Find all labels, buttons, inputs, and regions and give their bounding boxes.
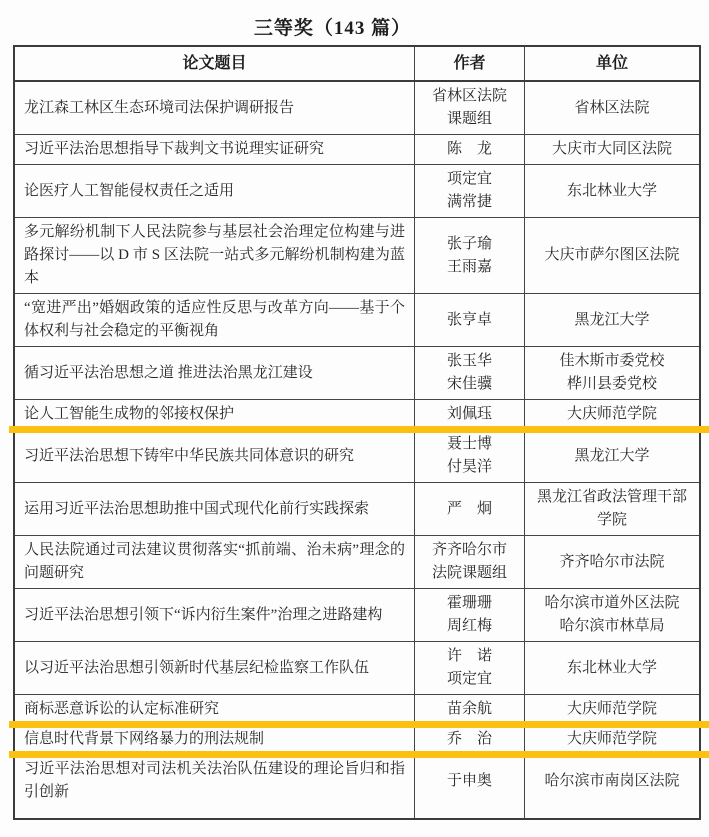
unit-cell [525, 807, 699, 818]
author-cell: 项定宜满常捷 [415, 165, 525, 217]
unit-cell: 黑龙江大学 [525, 430, 699, 482]
table-row: 人民法院通过司法建议贯彻落实“抓前端、治未病”理念的问题研究 齐齐哈尔市法院课题… [15, 536, 699, 589]
unit-cell: 东北林业大学 [525, 642, 699, 694]
paper-title-cell [15, 807, 415, 818]
author-cell: 聂士博付昊洋 [415, 430, 525, 482]
author-cell: 齐齐哈尔市法院课题组 [415, 536, 525, 588]
paper-title-cell: 信息时代背景下网络暴力的刑法规制 [15, 725, 415, 754]
unit-cell: 大庆市大同区法院 [525, 135, 699, 164]
author-cell: 陈 龙 [415, 135, 525, 164]
table-row: 循习近平法治思想之道 推进法治黑龙江建设 张玉华宋佳骥 佳木斯市委党校桦川县委党… [15, 347, 699, 400]
header-author: 作者 [415, 47, 525, 80]
author-cell: 张亨卓 [415, 294, 525, 346]
paper-title-cell: 以习近平法治思想引领新时代基层纪检监察工作队伍 [15, 642, 415, 694]
paper-title-cell: 习近平法治思想对司法机关法治队伍建设的理论旨归和指引创新 [15, 755, 415, 807]
awards-table: 论文题目 作者 单位 龙江森工林区生态环境司法保护调研报告 省林区法院课题组 省… [13, 45, 701, 820]
author-cell [415, 807, 525, 818]
table-row: “宽进严出”婚姻政策的适应性反思与改革方向——基于个体权利与社会稳定的平衡视角 … [15, 294, 699, 347]
paper-title-cell: 商标恶意诉讼的认定标准研究 [15, 695, 415, 724]
author-cell: 于申奥 [415, 755, 525, 807]
paper-title-cell: “宽进严出”婚姻政策的适应性反思与改革方向——基于个体权利与社会稳定的平衡视角 [15, 294, 415, 346]
paper-title-cell: 习近平法治思想下铸牢中华民族共同体意识的研究 [15, 430, 415, 482]
table-row: 以习近平法治思想引领新时代基层纪检监察工作队伍 许 诺项定宜 东北林业大学 [15, 642, 699, 695]
unit-cell: 大庆师范学院 [525, 400, 699, 429]
paper-title-cell: 多元解纷机制下人民法院参与基层社会治理定位构建与进路探讨——以 D 市 S 区法… [15, 218, 415, 293]
author-cell: 乔 治 [415, 725, 525, 754]
unit-cell: 黑龙江省政法管理干部学院 [525, 483, 699, 535]
header-unit: 单位 [525, 47, 699, 80]
paper-title-cell: 龙江森工林区生态环境司法保护调研报告 [15, 82, 415, 134]
unit-cell: 哈尔滨市道外区法院哈尔滨市林草局 [525, 589, 699, 641]
header-paper-title: 论文题目 [15, 47, 415, 80]
unit-cell: 齐齐哈尔市法院 [525, 536, 699, 588]
paper-title-cell: 论医疗人工智能侵权责任之适用 [15, 165, 415, 217]
table-row-partial [15, 807, 699, 818]
paper-title-cell: 习近平法治思想指导下裁判文书说理实证研究 [15, 135, 415, 164]
table-header-row: 论文题目 作者 单位 [15, 47, 699, 82]
document-page: 三等奖（143 篇） 论文题目 作者 单位 龙江森工林区生态环境司法保护调研报告… [0, 0, 709, 837]
author-cell: 苗余航 [415, 695, 525, 724]
author-cell: 许 诺项定宜 [415, 642, 525, 694]
author-cell: 张玉华宋佳骥 [415, 347, 525, 399]
table-row: 商标恶意诉讼的认定标准研究 苗余航 大庆师范学院 [15, 695, 699, 725]
page-title: 三等奖（143 篇） [0, 0, 687, 40]
unit-cell: 省林区法院 [525, 82, 699, 134]
table-row: 习近平法治思想引领下“诉内衍生案件”治理之进路建构 霍珊珊周红梅 哈尔滨市道外区… [15, 589, 699, 642]
table-row: 习近平法治思想对司法机关法治队伍建设的理论旨归和指引创新 于申奥 哈尔滨市南岗区… [15, 755, 699, 807]
table-row: 论医疗人工智能侵权责任之适用 项定宜满常捷 东北林业大学 [15, 165, 699, 218]
author-cell: 刘佩珏 [415, 400, 525, 429]
unit-cell: 哈尔滨市南岗区法院 [525, 755, 699, 807]
table-row: 习近平法治思想下铸牢中华民族共同体意识的研究 聂士博付昊洋 黑龙江大学 [15, 430, 699, 483]
paper-title-cell: 人民法院通过司法建议贯彻落实“抓前端、治未病”理念的问题研究 [15, 536, 415, 588]
author-cell: 张子瑜王雨嘉 [415, 218, 525, 293]
author-cell: 严 炯 [415, 483, 525, 535]
unit-cell: 佳木斯市委党校桦川县委党校 [525, 347, 699, 399]
table-body: 龙江森工林区生态环境司法保护调研报告 省林区法院课题组 省林区法院 习近平法治思… [15, 82, 699, 807]
paper-title-cell: 习近平法治思想引领下“诉内衍生案件”治理之进路建构 [15, 589, 415, 641]
unit-cell: 大庆师范学院 [525, 725, 699, 754]
paper-title-cell: 循习近平法治思想之道 推进法治黑龙江建设 [15, 347, 415, 399]
author-cell: 霍珊珊周红梅 [415, 589, 525, 641]
unit-cell: 大庆市萨尔图区法院 [525, 218, 699, 293]
author-cell: 省林区法院课题组 [415, 82, 525, 134]
paper-title-cell: 运用习近平法治思想助推中国式现代化前行实践探索 [15, 483, 415, 535]
table-row: 论人工智能生成物的邻接权保护 刘佩珏 大庆师范学院 [15, 400, 699, 430]
unit-cell: 大庆师范学院 [525, 695, 699, 724]
paper-title-cell: 论人工智能生成物的邻接权保护 [15, 400, 415, 429]
table-row: 运用习近平法治思想助推中国式现代化前行实践探索 严 炯 黑龙江省政法管理干部学院 [15, 483, 699, 536]
table-row: 多元解纷机制下人民法院参与基层社会治理定位构建与进路探讨——以 D 市 S 区法… [15, 218, 699, 294]
table-row: 信息时代背景下网络暴力的刑法规制 乔 治 大庆师范学院 [15, 725, 699, 755]
table-row: 习近平法治思想指导下裁判文书说理实证研究 陈 龙 大庆市大同区法院 [15, 135, 699, 165]
unit-cell: 黑龙江大学 [525, 294, 699, 346]
table-row: 龙江森工林区生态环境司法保护调研报告 省林区法院课题组 省林区法院 [15, 82, 699, 135]
unit-cell: 东北林业大学 [525, 165, 699, 217]
